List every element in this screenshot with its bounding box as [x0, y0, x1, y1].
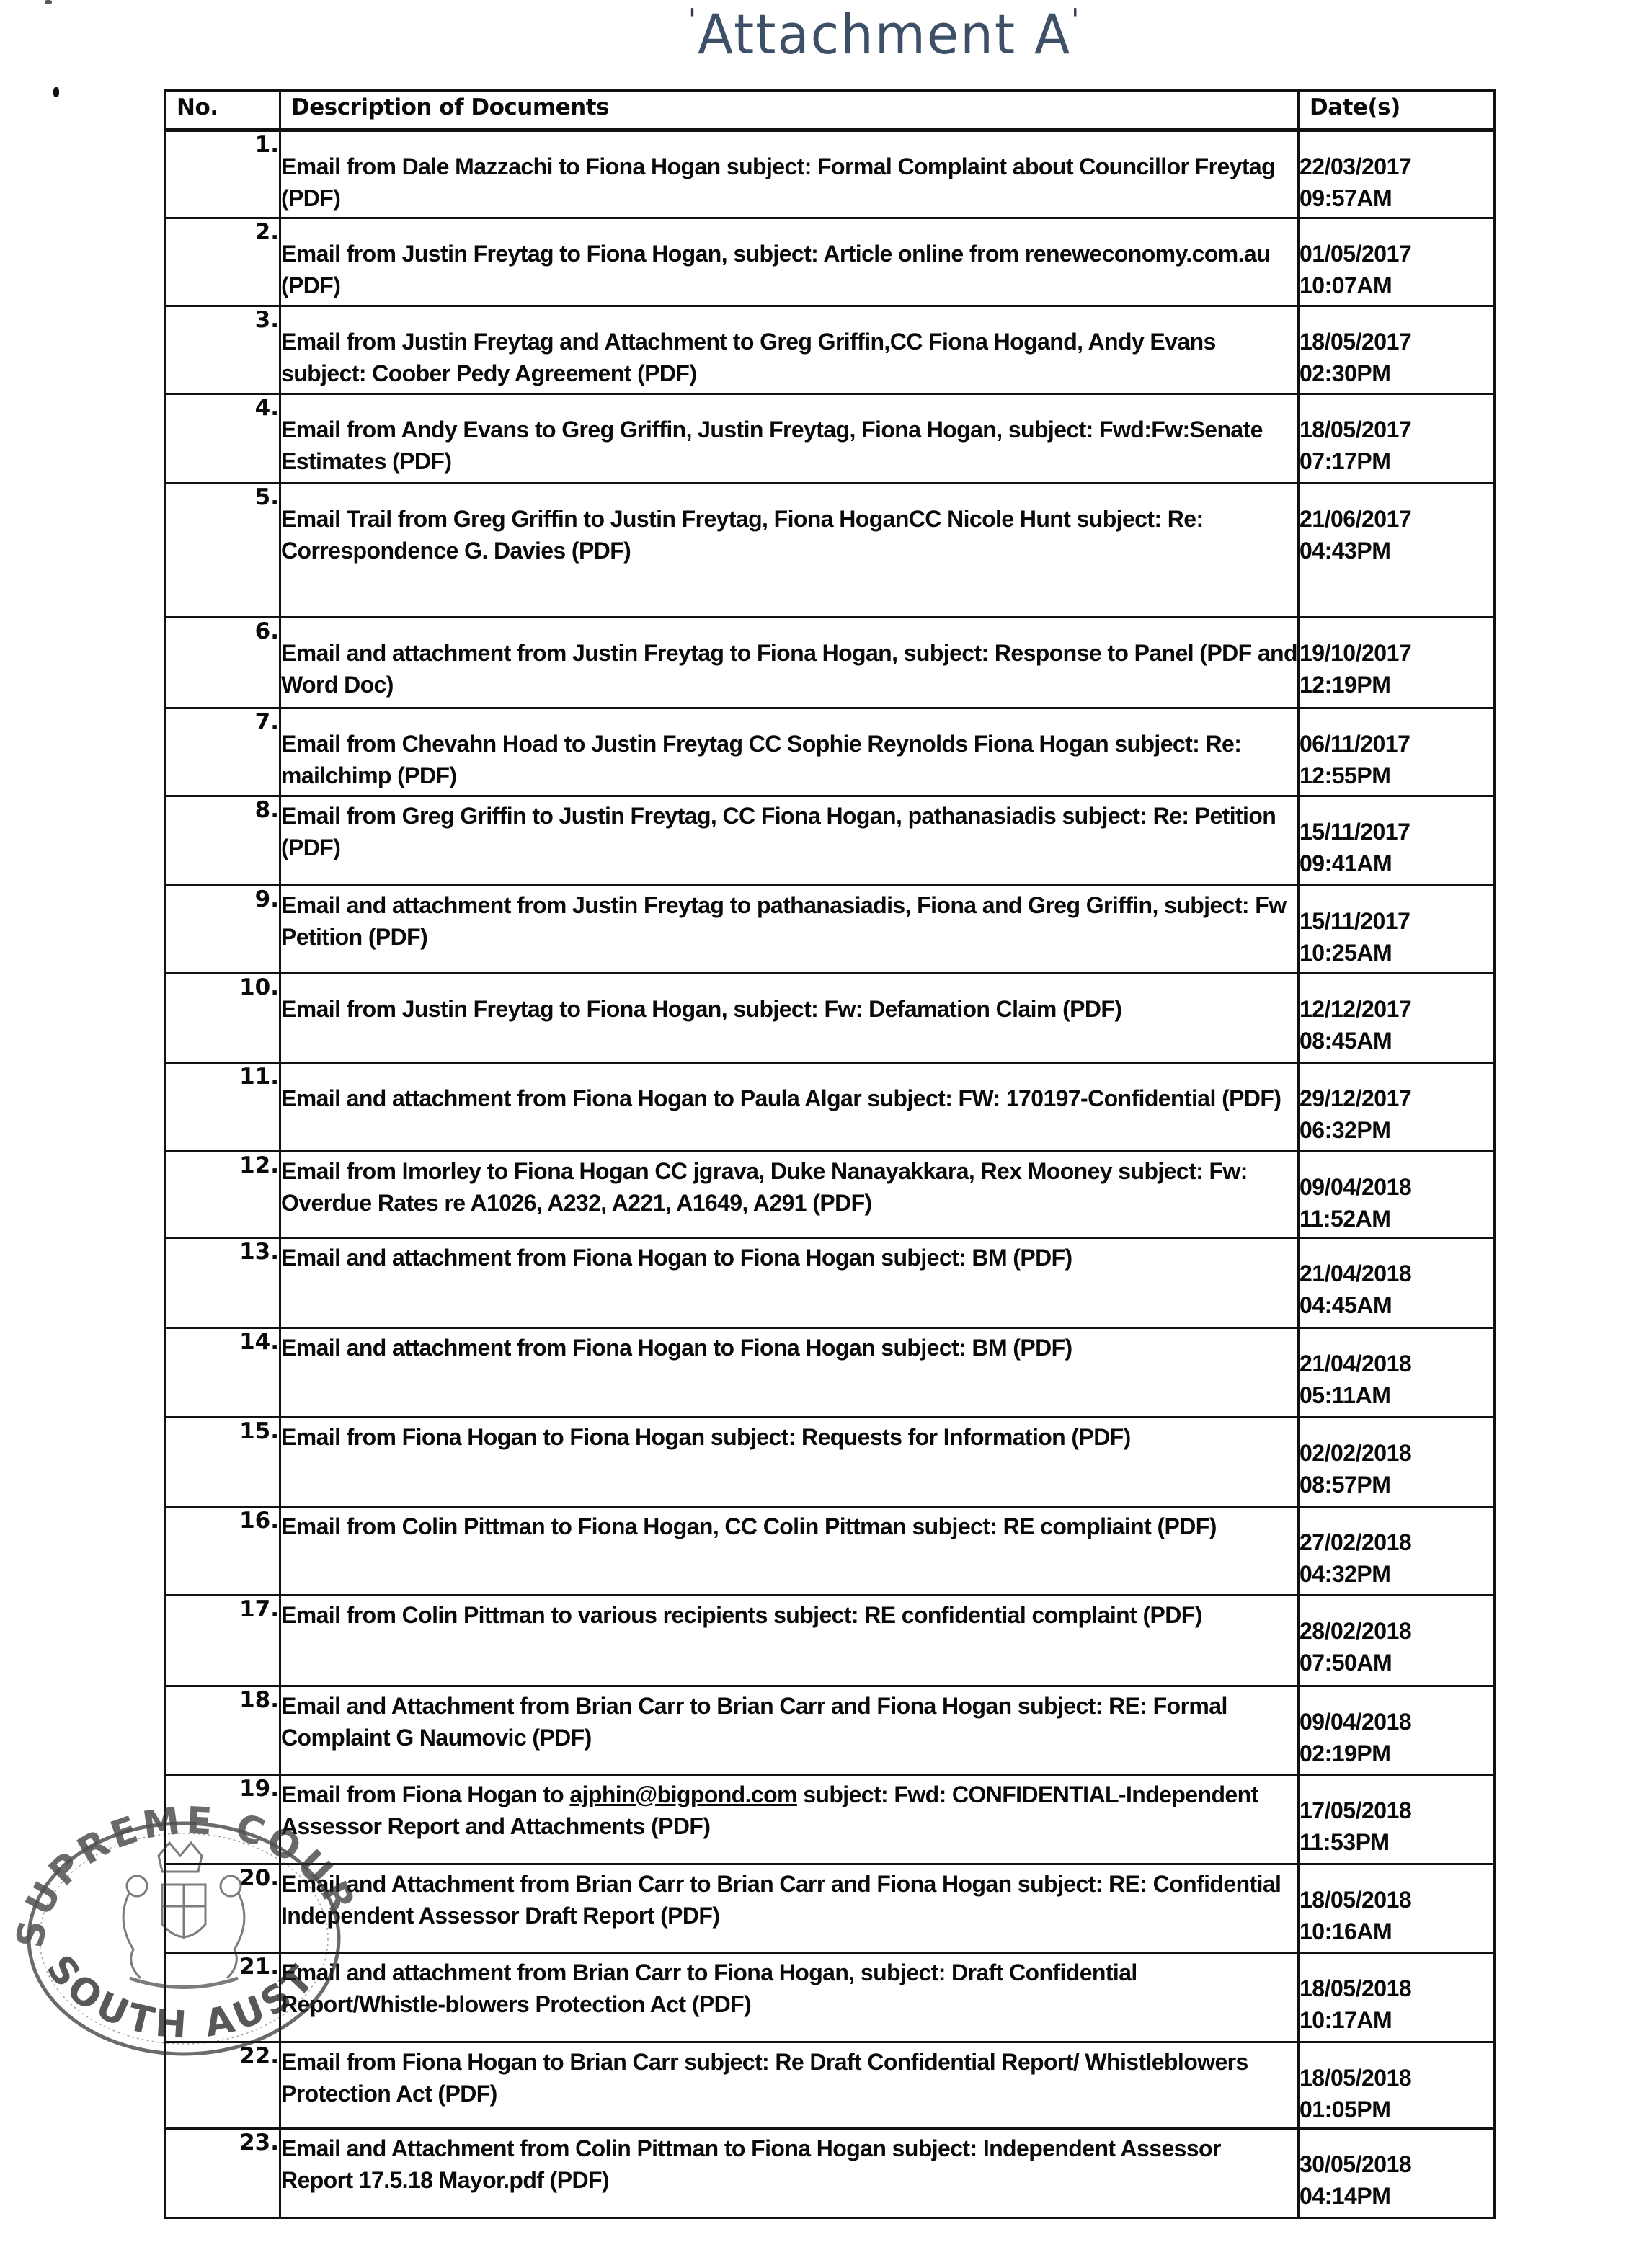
- description-text: Email from Dale Mazzachi to Fiona Hogan: [281, 154, 727, 179]
- row-date: 21/04/201805:11AM: [1299, 1328, 1495, 1417]
- time-value: 04:43PM: [1300, 535, 1493, 566]
- table-row: 9.Email and attachment from Justin Freyt…: [166, 885, 1495, 973]
- table-header-row: No. Description of Documents Date(s): [166, 91, 1495, 130]
- table-row: 8.Email from Greg Griffin to Justin Frey…: [166, 796, 1495, 885]
- row-date: 18/05/201810:17AM: [1299, 1952, 1495, 2042]
- subject-label: subject:: [912, 1513, 997, 1539]
- row-number: 3.: [166, 306, 280, 393]
- row-date: 18/05/201801:05PM: [1299, 2042, 1495, 2128]
- date-value: 18/05/2017: [1300, 414, 1493, 445]
- row-number: 17.: [166, 1595, 280, 1686]
- row-description: Email and Attachment from Brian Carr to …: [280, 1864, 1299, 1952]
- subject-label: subject:: [1114, 731, 1199, 757]
- description-text: Email Trail from Greg Griffin to Justin …: [281, 506, 1077, 532]
- row-number: 19.: [166, 1774, 280, 1864]
- date-value: 18/05/2018: [1300, 2062, 1493, 2094]
- row-date: 28/02/201807:50AM: [1299, 1595, 1495, 1686]
- date-value: 19/10/2017: [1300, 637, 1493, 669]
- date-value: 15/11/2017: [1300, 816, 1493, 848]
- row-number: 10.: [166, 973, 280, 1062]
- subject-label: subject:: [881, 1335, 966, 1361]
- row-description: Email and attachment from Justin Freytag…: [280, 617, 1299, 708]
- scan-speck: [45, 0, 52, 4]
- table-row: 16.Email from Colin Pittman to Fiona Hog…: [166, 1506, 1495, 1595]
- table-row: 1.Email from Dale Mazzachi to Fiona Hoga…: [166, 130, 1495, 218]
- row-description: Email from Colin Pittman to various reci…: [280, 1595, 1299, 1686]
- table-row: 4.Email from Andy Evans to Greg Griffin,…: [166, 393, 1495, 483]
- header-dates: Date(s): [1299, 91, 1495, 130]
- row-date: 15/11/201710:25AM: [1299, 885, 1495, 973]
- description-text: Requests for Information (PDF): [796, 1424, 1131, 1450]
- date-value: 18/05/2017: [1300, 326, 1493, 357]
- subject-label: subject:: [733, 241, 818, 267]
- date-value: 02/02/2018: [1300, 1437, 1493, 1469]
- row-date: 12/12/201708:45AM: [1299, 973, 1495, 1062]
- row-number: 18.: [166, 1686, 280, 1774]
- date-value: 09/04/2018: [1300, 1706, 1493, 1738]
- time-value: 08:45AM: [1300, 1025, 1493, 1057]
- date-value: 15/11/2017: [1300, 905, 1493, 937]
- row-description: Email Trail from Greg Griffin to Justin …: [280, 483, 1299, 617]
- description-text: Email from Colin Pittman to various reci…: [281, 1602, 773, 1628]
- row-number: 14.: [166, 1328, 280, 1417]
- row-date: 18/05/201707:17PM: [1299, 393, 1495, 483]
- time-value: 09:57AM: [1300, 182, 1493, 214]
- description-text: [797, 1782, 803, 1807]
- row-description: Email from Fiona Hogan to Brian Carr sub…: [280, 2042, 1299, 2128]
- row-description: Email from Imorley to Fiona Hogan CC jgr…: [280, 1151, 1299, 1237]
- date-value: 29/12/2017: [1300, 1082, 1493, 1114]
- description-text: Email and attachment from Justin Freytag…: [281, 640, 904, 666]
- subject-label: subject:: [1062, 803, 1147, 829]
- row-number: 2.: [166, 218, 280, 306]
- row-date: 22/03/201709:57AM: [1299, 130, 1495, 218]
- description-text: BM (PDF): [966, 1335, 1072, 1361]
- time-value: 04:45AM: [1300, 1289, 1493, 1321]
- row-description: Email from Chevahn Hoad to Justin Freyta…: [280, 708, 1299, 796]
- table-row: 19.Email from Fiona Hogan to ajphin@bigp…: [166, 1774, 1495, 1864]
- row-number: 23.: [166, 2128, 280, 2218]
- row-date: 09/04/201811:52AM: [1299, 1151, 1495, 1237]
- row-number: 21.: [166, 1952, 280, 2042]
- row-description: Email and Attachment from Colin Pittman …: [280, 2128, 1299, 2218]
- subject-label: subject:: [733, 996, 818, 1022]
- time-value: 08:57PM: [1300, 1469, 1493, 1500]
- table-row: 10.Email from Justin Freytag to Fiona Ho…: [166, 973, 1495, 1062]
- row-number: 4.: [166, 393, 280, 483]
- subject-label: subject:: [1077, 506, 1162, 532]
- row-date: 30/05/201804:14PM: [1299, 2128, 1495, 2218]
- row-date: 17/05/201811:53PM: [1299, 1774, 1495, 1864]
- subject-label: subject:: [711, 1424, 796, 1450]
- row-date: 19/10/201712:19PM: [1299, 617, 1495, 708]
- description-text: Email from Greg Griffin to Justin Freyta…: [281, 803, 1062, 829]
- time-value: 10:07AM: [1300, 270, 1493, 301]
- table-row: 17.Email from Colin Pittman to various r…: [166, 1595, 1495, 1686]
- table-body: 1.Email from Dale Mazzachi to Fiona Hoga…: [166, 130, 1495, 2218]
- row-description: Email and attachment from Fiona Hogan to…: [280, 1062, 1299, 1151]
- row-description: Email from Fiona Hogan to Fiona Hogan su…: [280, 1417, 1299, 1506]
- date-value: 06/11/2017: [1300, 728, 1493, 760]
- date-value: 21/06/2017: [1300, 503, 1493, 535]
- row-number: 12.: [166, 1151, 280, 1237]
- description-text: Email and attachment from Fiona Hogan to…: [281, 1085, 867, 1111]
- subject-label: subject:: [1018, 1871, 1103, 1897]
- row-description: Email and Attachment from Brian Carr to …: [280, 1686, 1299, 1774]
- row-number: 13.: [166, 1237, 280, 1328]
- description-text: Email from Justin Freytag to Fiona Hogan…: [281, 241, 733, 267]
- row-description: Email and attachment from Fiona Hogan to…: [280, 1328, 1299, 1417]
- date-value: 01/05/2017: [1300, 238, 1493, 270]
- table-row: 2.Email from Justin Freytag to Fiona Hog…: [166, 218, 1495, 306]
- row-description: Email from Justin Freytag and Attachment…: [280, 306, 1299, 393]
- subject-label: subject:: [1164, 892, 1249, 918]
- subject-label: subject:: [1008, 417, 1093, 443]
- date-value: 18/05/2018: [1300, 1973, 1493, 2004]
- time-value: 04:32PM: [1300, 1558, 1493, 1590]
- time-value: 04:14PM: [1300, 2180, 1493, 2212]
- table-row: 5.Email Trail from Greg Griffin to Justi…: [166, 483, 1495, 617]
- description-text: FW: 170197-Confidential (PDF): [952, 1085, 1281, 1111]
- time-value: 05:11AM: [1300, 1379, 1493, 1411]
- row-date: 09/04/201802:19PM: [1299, 1686, 1495, 1774]
- quote-mark: ': [688, 3, 698, 37]
- description-text: Email and attachment from Justin Freytag…: [281, 892, 1164, 918]
- time-value: 06:32PM: [1300, 1114, 1493, 1146]
- time-value: 10:16AM: [1300, 1916, 1493, 1947]
- description-text: Email and attachment from Brian Carr to …: [281, 1960, 861, 1985]
- scan-speck: [53, 87, 59, 97]
- time-value: 07:50AM: [1300, 1647, 1493, 1678]
- date-value: 18/05/2018: [1300, 1884, 1493, 1916]
- table-row: 11.Email and attachment from Fiona Hogan…: [166, 1062, 1495, 1151]
- row-number: 22.: [166, 2042, 280, 2128]
- subject-label: subject:: [803, 1782, 888, 1807]
- date-value: 30/05/2018: [1300, 2148, 1493, 2180]
- date-value: 12/12/2017: [1300, 993, 1493, 1025]
- row-date: 21/04/201804:45AM: [1299, 1237, 1495, 1328]
- row-date: 18/05/201810:16AM: [1299, 1864, 1495, 1952]
- time-value: 11:52AM: [1300, 1203, 1493, 1235]
- description-text: Email from Justin Freytag and Attachment…: [281, 329, 1216, 355]
- date-value: 22/03/2017: [1300, 151, 1493, 182]
- time-value: 12:55PM: [1300, 760, 1493, 791]
- time-value: 01:05PM: [1300, 2094, 1493, 2125]
- table-row: 18.Email and Attachment from Brian Carr …: [166, 1686, 1495, 1774]
- header-description: Description of Documents: [280, 91, 1299, 130]
- table-row: 13.Email and attachment from Fiona Hogan…: [166, 1237, 1495, 1328]
- row-number: 16.: [166, 1506, 280, 1595]
- date-value: 28/02/2018: [1300, 1615, 1493, 1647]
- description-text: Email from Andy Evans to Greg Griffin, J…: [281, 417, 1008, 443]
- row-number: 9.: [166, 885, 280, 973]
- description-text: Email and Attachment from Colin Pittman …: [281, 2135, 892, 2161]
- description-text: Email and attachment from Fiona Hogan to…: [281, 1245, 881, 1271]
- time-value: 02:19PM: [1300, 1738, 1493, 1769]
- date-value: 21/04/2018: [1300, 1348, 1493, 1379]
- description-text: RE confidential complaint (PDF): [858, 1602, 1202, 1628]
- description-text: Email from Justin Freytag to Fiona Hogan…: [281, 996, 733, 1022]
- time-value: 10:17AM: [1300, 2004, 1493, 2036]
- row-description: Email and attachment from Justin Freytag…: [280, 885, 1299, 973]
- table-row: 7.Email from Chevahn Hoad to Justin Frey…: [166, 708, 1495, 796]
- description-text: Email and Attachment from Brian Carr to …: [281, 1871, 1018, 1897]
- row-date: 21/06/201704:43PM: [1299, 483, 1495, 617]
- row-number: 6.: [166, 617, 280, 708]
- table-row: 6.Email and attachment from Justin Freyt…: [166, 617, 1495, 708]
- row-number: 5.: [166, 483, 280, 617]
- time-value: 07:17PM: [1300, 445, 1493, 477]
- row-description: Email and attachment from Fiona Hogan to…: [280, 1237, 1299, 1328]
- row-description: Email from Greg Griffin to Justin Freyta…: [280, 796, 1299, 885]
- table-row: 20.Email and Attachment from Brian Carr …: [166, 1864, 1495, 1952]
- row-date: 29/12/201706:32PM: [1299, 1062, 1495, 1151]
- table-row: 3.Email from Justin Freytag and Attachme…: [166, 306, 1495, 393]
- row-number: 1.: [166, 130, 280, 218]
- time-value: 11:53PM: [1300, 1826, 1493, 1858]
- row-number: 20.: [166, 1864, 280, 1952]
- description-text: Fw: Defamation Claim (PDF): [818, 996, 1121, 1022]
- description-text: Email from Chevahn Hoad to Justin Freyta…: [281, 731, 1114, 757]
- row-date: 15/11/201709:41AM: [1299, 796, 1495, 885]
- description-text: Email and Attachment from Brian Carr to …: [281, 1693, 1018, 1719]
- date-value: 17/05/2018: [1300, 1795, 1493, 1826]
- time-value: 12:19PM: [1300, 669, 1493, 701]
- row-number: 7.: [166, 708, 280, 796]
- description-text: Email from Imorley to Fiona Hogan CC jgr…: [281, 1158, 1118, 1184]
- time-value: 09:41AM: [1300, 848, 1493, 879]
- title-text: Attachment A: [698, 3, 1071, 66]
- date-value: 21/04/2018: [1300, 1258, 1493, 1289]
- description-text: Email and attachment from Fiona Hogan to…: [281, 1335, 881, 1361]
- description-text: Email from Fiona Hogan to Fiona Hogan: [281, 1424, 711, 1450]
- description-text: BM (PDF): [966, 1245, 1072, 1271]
- row-number: 11.: [166, 1062, 280, 1151]
- row-description: Email and attachment from Brian Carr to …: [280, 1952, 1299, 2042]
- table-row: 12.Email from Imorley to Fiona Hogan CC …: [166, 1151, 1495, 1237]
- subject-label: subject:: [892, 2135, 977, 2161]
- description-text: RE compliaint (PDF): [997, 1513, 1216, 1539]
- description-text: Coober Pedy Agreement (PDF): [366, 360, 697, 386]
- subject-label: subject:: [881, 1245, 966, 1271]
- table-row: 21.Email and attachment from Brian Carr …: [166, 1952, 1495, 2042]
- row-description: Email from Justin Freytag to Fiona Hogan…: [280, 218, 1299, 306]
- row-date: 01/05/201710:07AM: [1299, 218, 1495, 306]
- quote-mark: ': [1071, 3, 1080, 37]
- documents-table: No. Description of Documents Date(s) 1.E…: [164, 89, 1496, 2219]
- row-number: 8.: [166, 796, 280, 885]
- table-row: 14.Email and attachment from Fiona Hogan…: [166, 1328, 1495, 1417]
- description-text: Email from Colin Pittman to Fiona Hogan,…: [281, 1513, 912, 1539]
- time-value: 02:30PM: [1300, 357, 1493, 389]
- subject-label: subject:: [904, 640, 989, 666]
- description-text: Email from Fiona Hogan to: [281, 1782, 569, 1807]
- time-value: 10:25AM: [1300, 937, 1493, 969]
- row-number: 15.: [166, 1417, 280, 1506]
- date-value: 09/04/2018: [1300, 1171, 1493, 1203]
- subject-label: subject:: [867, 1085, 952, 1111]
- handwritten-title: 'Attachment A': [688, 3, 1063, 79]
- row-description: Email from Andy Evans to Greg Griffin, J…: [280, 393, 1299, 483]
- subject-label: subject:: [281, 360, 366, 386]
- table-row: 22.Email from Fiona Hogan to Brian Carr …: [166, 2042, 1495, 2128]
- subject-label: subject:: [727, 154, 812, 179]
- subject-label: subject:: [1018, 1693, 1103, 1719]
- row-date: 18/05/201702:30PM: [1299, 306, 1495, 393]
- row-date: 02/02/201808:57PM: [1299, 1417, 1495, 1506]
- row-date: 06/11/201712:55PM: [1299, 708, 1495, 796]
- table-row: 15.Email from Fiona Hogan to Fiona Hogan…: [166, 1417, 1495, 1506]
- header-no: No.: [166, 91, 280, 130]
- date-value: 27/02/2018: [1300, 1526, 1493, 1558]
- description-text: Email from Fiona Hogan to Brian Carr sub…: [281, 2049, 1248, 2107]
- email-address-link[interactable]: ajphin@bigpond.com: [569, 1782, 796, 1807]
- subject-label: subject:: [1118, 1158, 1203, 1184]
- row-description: Email from Justin Freytag to Fiona Hogan…: [280, 973, 1299, 1062]
- subject-label: subject:: [773, 1602, 858, 1628]
- row-description: Email from Colin Pittman to Fiona Hogan,…: [280, 1506, 1299, 1595]
- table-row: 23.Email and Attachment from Colin Pittm…: [166, 2128, 1495, 2218]
- row-description: Email from Dale Mazzachi to Fiona Hogan …: [280, 130, 1299, 218]
- subject-label: subject:: [861, 1960, 946, 1985]
- row-description: Email from Fiona Hogan to ajphin@bigpond…: [280, 1774, 1299, 1864]
- row-date: 27/02/201804:32PM: [1299, 1506, 1495, 1595]
